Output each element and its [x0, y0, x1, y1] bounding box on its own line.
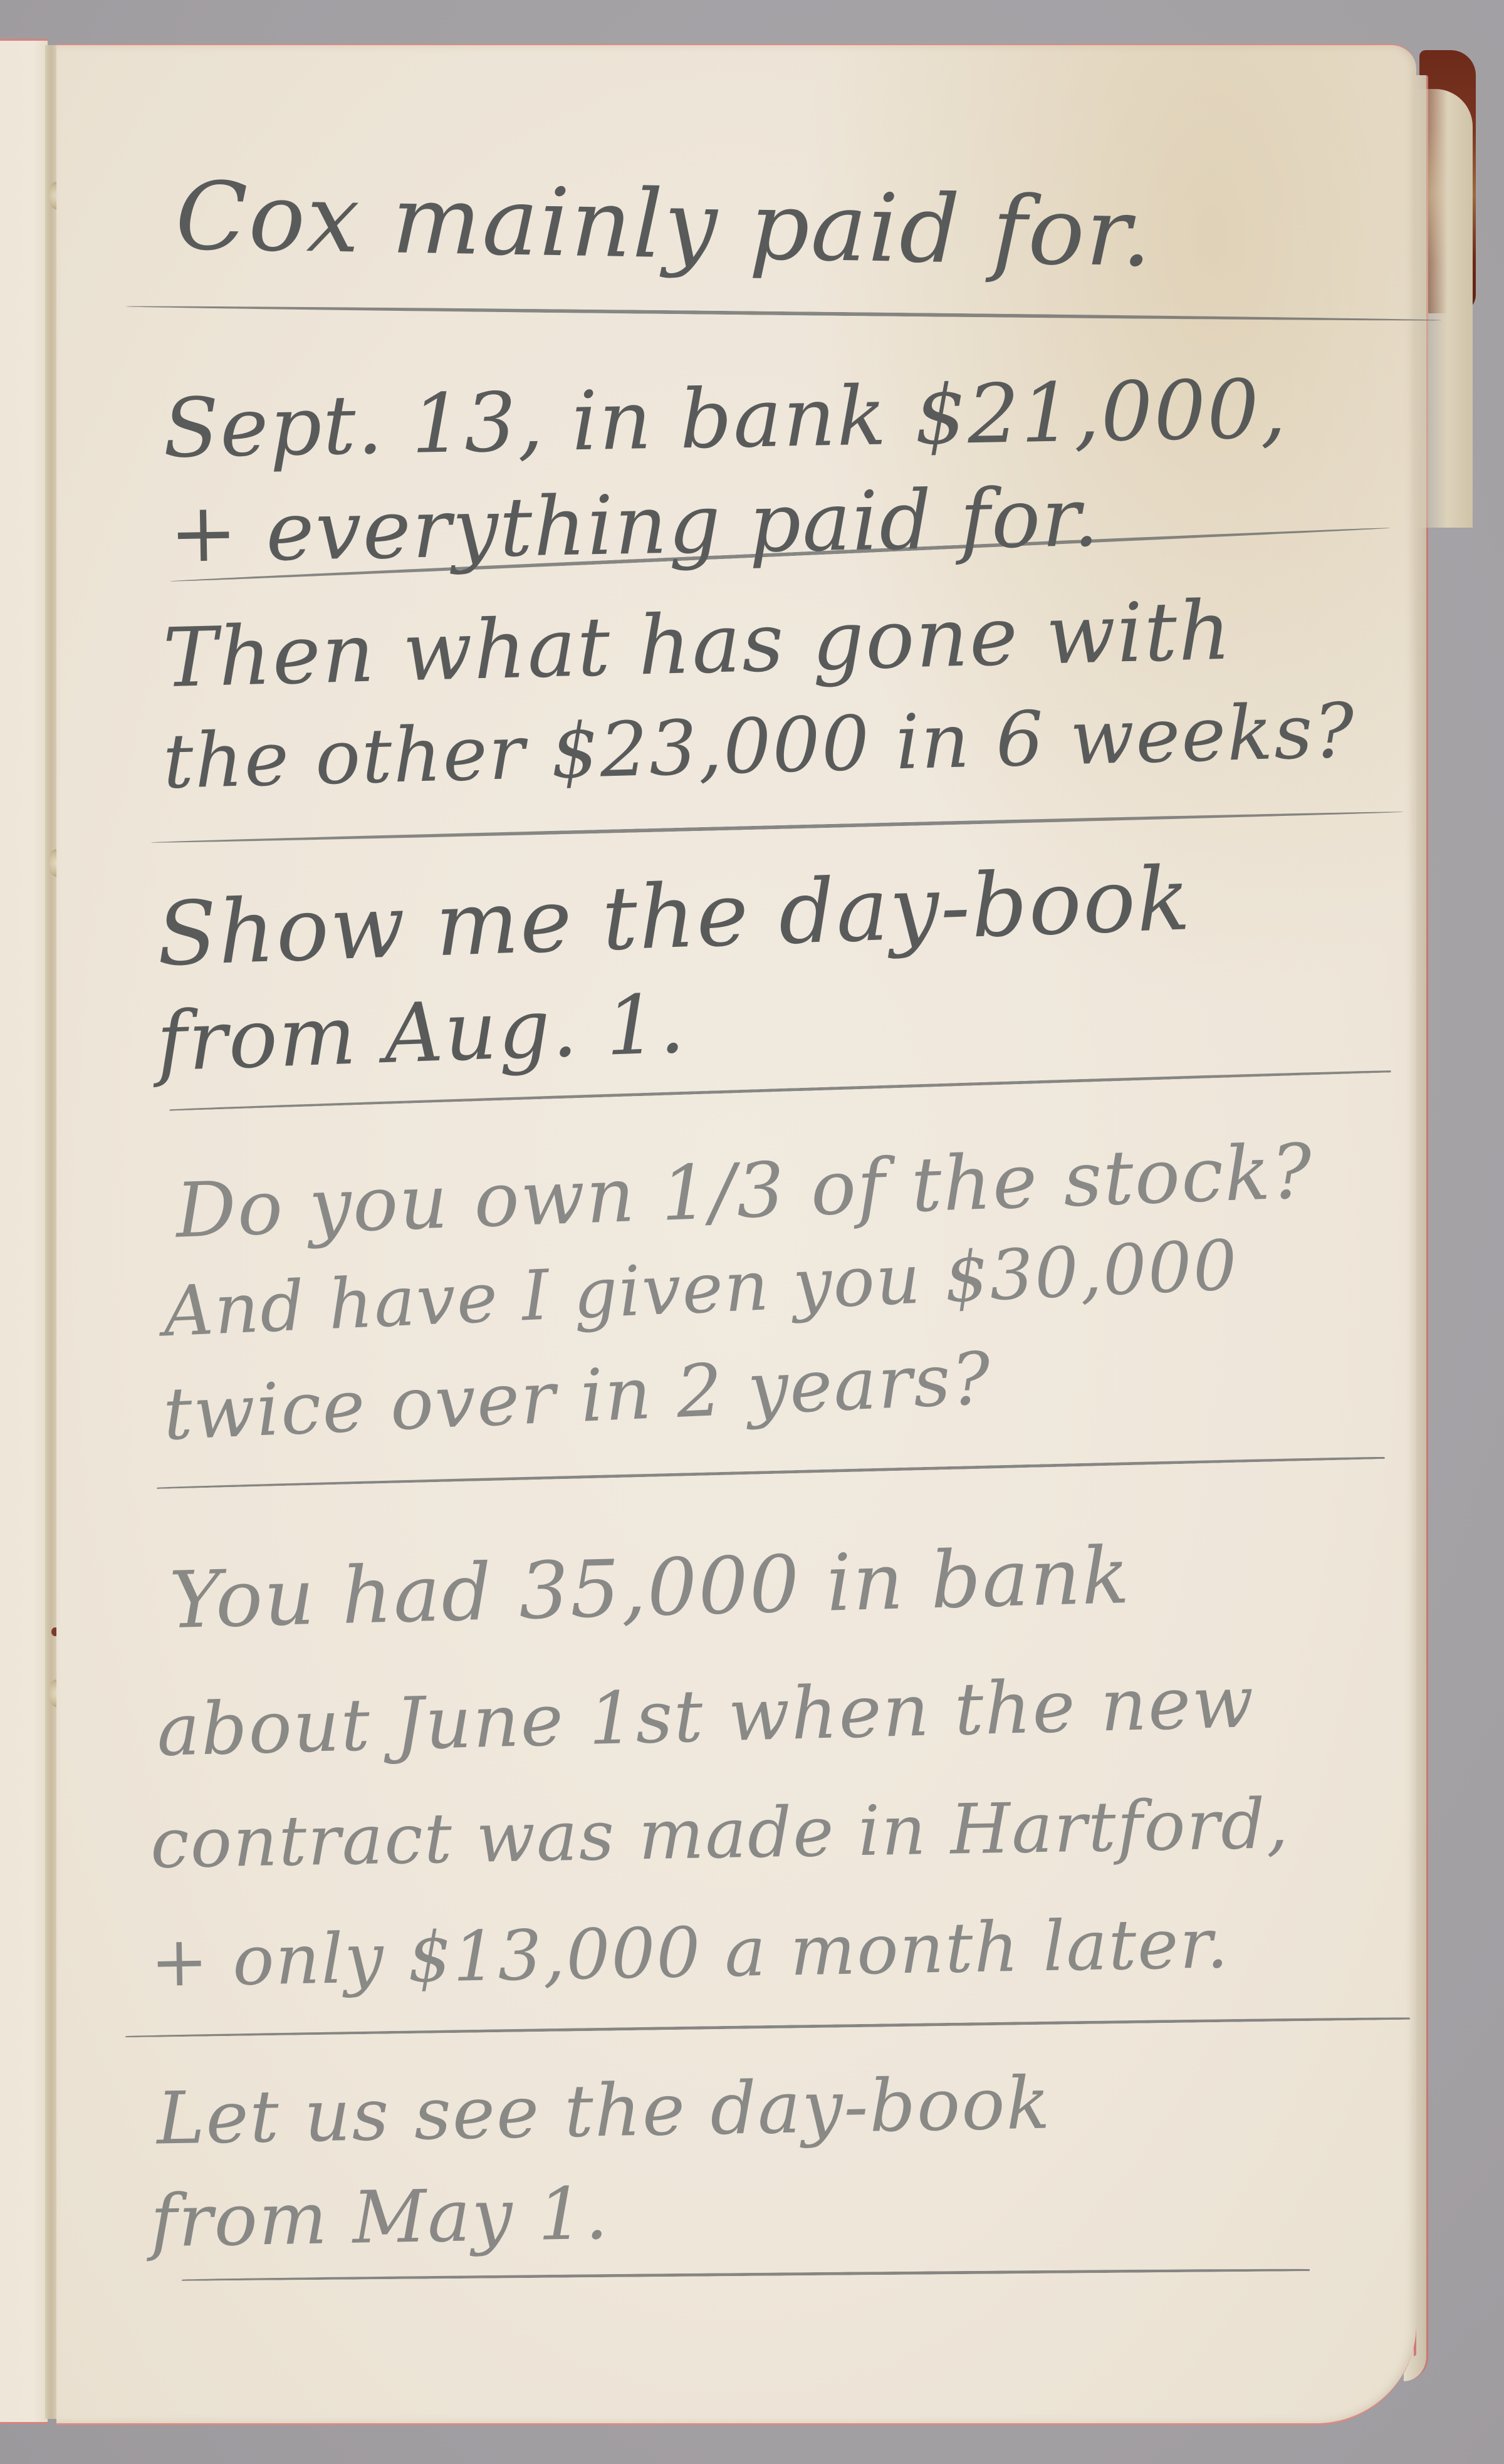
divider-rule: [157, 1456, 1385, 1489]
divider-rule: [125, 305, 1441, 322]
entry-4-line-1: Show me the day-book: [155, 848, 1193, 986]
facing-page-edge: [0, 39, 48, 2424]
entry-4-line-2: from Aug. 1.: [155, 976, 687, 1089]
entry-6-line-4: + only $13,000 a month later.: [150, 1903, 1230, 2002]
entry-3-line-2: the other $23,000 in 6 weeks?: [162, 687, 1357, 806]
entry-3-line-1: Then what has gone with: [162, 583, 1233, 706]
divider-rule: [150, 810, 1404, 845]
entry-7-line-2: from May 1.: [150, 2172, 610, 2264]
entry-6-line-3: contract was made in Hartford,: [150, 1783, 1290, 1884]
entry-6-line-1: You had 35,000 in bank: [168, 1530, 1131, 1646]
entry-7-line-1: Let us see the day-book: [156, 2062, 1052, 2161]
notebook-page: Cox mainly paid for. Sept. 13, in bank $…: [56, 44, 1416, 2425]
divider-rule: [182, 2268, 1310, 2281]
entry-2-line-2: + everything paid for.: [169, 469, 1101, 581]
entry-5-line-3: twice over in 2 years?: [162, 1337, 993, 1457]
entry-2-line-1: Sept. 13, in bank $21,000,: [162, 361, 1288, 476]
entry-6-line-2: about June 1st when the new: [156, 1660, 1256, 1773]
entry-1-line-1: Cox mainly paid for.: [175, 162, 1154, 288]
page-corner-curl: [1410, 89, 1473, 528]
divider-rule: [125, 2017, 1410, 2038]
